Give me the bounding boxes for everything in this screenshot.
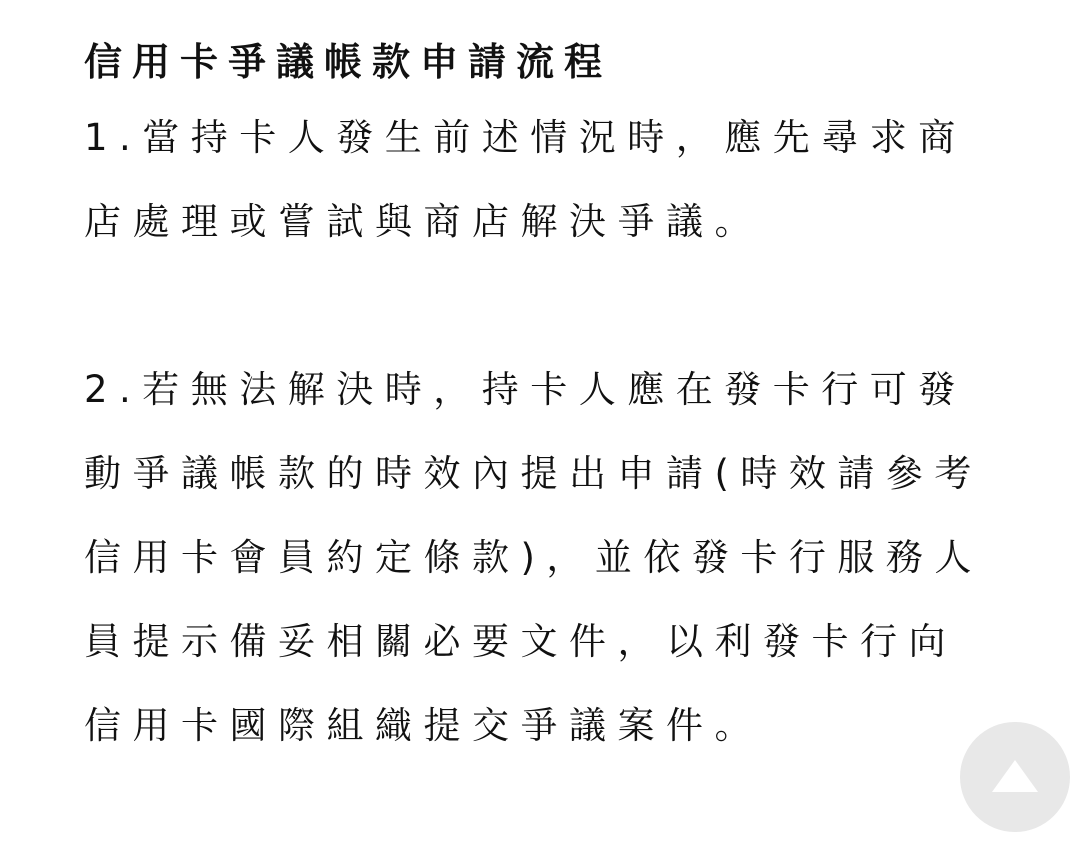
step-2-line-5: 信用卡國際組織提交爭議案件。 xyxy=(84,684,1004,768)
step-2-line-1: 2.若無法解決時，持卡人應在發卡行可發 xyxy=(84,348,1004,432)
step-2: 2.若無法解決時，持卡人應在發卡行可發 動爭議帳款的時效內提出申請(時效請參考 … xyxy=(84,348,1004,768)
article: 信用卡爭議帳款申請流程 1.當持卡人發生前述情況時，應先尋求商 店處理或嘗試與商… xyxy=(84,28,1004,768)
step-1: 1.當持卡人發生前述情況時，應先尋求商 店處理或嘗試與商店解決爭議。 xyxy=(84,96,1004,264)
triangle-up-icon xyxy=(992,760,1038,792)
step-1-line-1: 1.當持卡人發生前述情況時，應先尋求商 xyxy=(84,96,1004,180)
step-2-line-4: 員提示備妥相關必要文件，以利發卡行向 xyxy=(84,600,1004,684)
step-2-line-3: 信用卡會員約定條款)，並依發卡行服務人 xyxy=(84,516,1004,600)
back-to-top-button[interactable] xyxy=(960,722,1070,832)
step-1-line-2: 店處理或嘗試與商店解決爭議。 xyxy=(84,180,1004,264)
page-title: 信用卡爭議帳款申請流程 xyxy=(84,28,1004,96)
paragraph-gap xyxy=(84,264,1004,348)
step-2-line-2: 動爭議帳款的時效內提出申請(時效請參考 xyxy=(84,432,1004,516)
